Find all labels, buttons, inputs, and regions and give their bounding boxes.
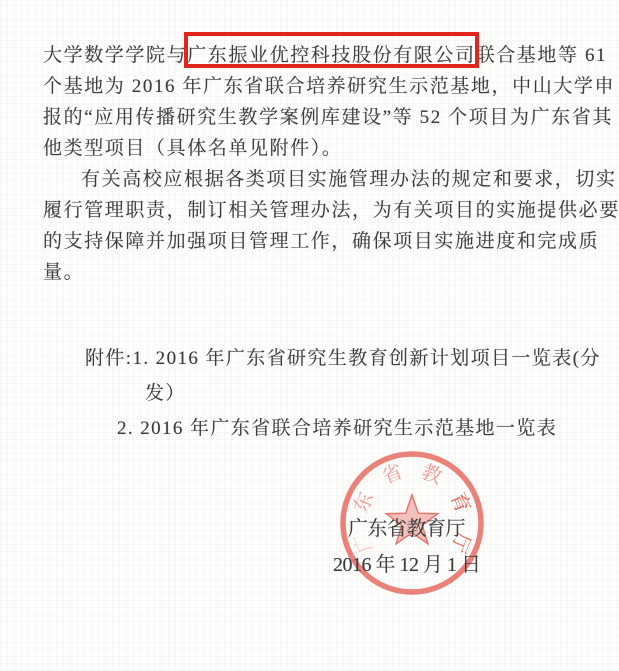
seal-char: 省 (379, 460, 406, 489)
highlighted-company-name: 广东振业优控科技股份有限公司 (187, 45, 475, 66)
signature-date: 2016 年 12 月 1 日 (333, 548, 481, 577)
body-line: 个基地为 2016 年广东省联合培养研究生示范基地，中山大学申 (43, 71, 603, 102)
body-line: 有关高校应根据各类项目实施管理办法的规定和要求，切实 (43, 164, 603, 195)
attachment-list: 附件:1. 2016 年广东省研究生教育创新计划项目一览表(分 发） 2. 20… (43, 341, 603, 446)
body-line: 履行管理职责，制订相关管理办法，为有关项目的实施提供必要 (43, 195, 603, 226)
body-text-segment: 大学数学学院与 (43, 45, 187, 66)
seal-char: 教 (418, 460, 445, 489)
signature-agency: 广东省教育厅 (348, 512, 465, 541)
attachment-line: 2. 2016 年广东省联合培养研究生示范基地一览表 (117, 411, 603, 446)
body-line: 的支持保障并加强项目管理工作，确保项目实施进度和完成质 (43, 226, 603, 257)
body-line: 报的“应用传播研究生教学案例库建设”等 52 个项目为广东省其 (43, 102, 603, 133)
scanned-document-page: { "page": { "background": "#fdfdfc" }, "… (0, 0, 619, 671)
body-text-segment: 联合基地等 61 (476, 45, 608, 66)
body-line: 量。 (43, 257, 603, 288)
document-body: 大学数学学院与广东振业优控科技股份有限公司联合基地等 61 个基地为 2016 … (43, 40, 603, 288)
body-line: 他类型项目（具体名单见附件）。 (43, 133, 603, 164)
attachment-line: 发） (145, 376, 603, 411)
body-line: 大学数学学院与广东振业优控科技股份有限公司联合基地等 61 (43, 40, 603, 71)
attachment-line: 附件:1. 2016 年广东省研究生教育创新计划项目一览表(分 (85, 341, 603, 376)
